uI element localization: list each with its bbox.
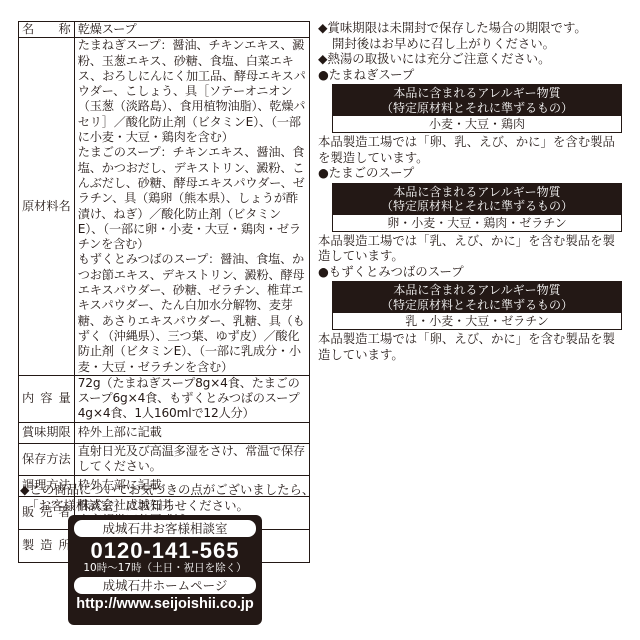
label-storage: 保存方法	[19, 443, 75, 475]
section-title: ●たまねぎスープ	[318, 67, 626, 83]
notes-and-allergens: ◆賞味期限は未開封で保存した場合の期限です。 開封後はお早めに召し上がりください…	[318, 20, 626, 362]
value-expiry: 枠外上部に記載	[74, 422, 309, 443]
business-hours: 10時～17時（土日・祝日を除く）	[68, 562, 262, 574]
after-opening-note: 開封後はお早めに召し上がりください。	[318, 36, 626, 52]
allergen-list: 卵・小麦・大豆・鶏肉・ゼラチン	[333, 215, 621, 231]
allergen-box: 本品に含まれるアレルギー物質 （特定原材料とそれに準ずるもの） 乳・小麦・大豆・…	[332, 281, 622, 330]
label-ingredients: 原材料名	[19, 38, 75, 376]
row-name: 名 称 乾燥スープ	[19, 22, 310, 38]
row-expiry: 賞味期限 枠外上部に記載	[19, 422, 310, 443]
allergen-header: 本品に含まれるアレルギー物質 （特定原材料とそれに準ずるもの）	[333, 85, 621, 116]
allergen-box: 本品に含まれるアレルギー物質 （特定原材料とそれに準ずるもの） 卵・小麦・大豆・…	[332, 183, 622, 232]
label-name: 名 称	[19, 22, 75, 38]
section-title: ●もずくとみつばのスープ	[318, 264, 626, 280]
factory-note: 本品製造工場では「卵、乳、えび、かに」を含む製品を製造しています。	[318, 134, 626, 165]
homepage-url-link[interactable]: http://www.seijoishii.co.jp	[68, 595, 262, 613]
row-ingredients: 原材料名 たまねぎスープ：醤油、チキンエキス、澱粉、玉葱エキス、砂糖、食塩、白菜…	[19, 38, 310, 376]
label-expiry: 賞味期限	[19, 422, 75, 443]
factory-note: 本品製造工場では「乳、えび、かに」を含む製品を製造しています。	[318, 233, 626, 264]
phone-number[interactable]: 0120-141-565	[68, 540, 262, 562]
homepage-label: 成城石井ホームページ	[74, 577, 256, 594]
value-storage: 直射日光及び高温多湿をさけ、常温で保存してください。	[74, 443, 309, 475]
allergen-header: 本品に含まれるアレルギー物質 （特定原材料とそれに準ずるもの）	[333, 282, 621, 313]
allergen-section-onion: ●たまねぎスープ 本品に含まれるアレルギー物質 （特定原材料とそれに準ずるもの）…	[318, 67, 626, 166]
allergen-list: 乳・小麦・大豆・ゼラチン	[333, 313, 621, 329]
allergen-header: 本品に含まれるアレルギー物質 （特定原材料とそれに準ずるもの）	[333, 184, 621, 215]
inquiry-note: ◆この商品についてお気づきの点がございましたら、 「お客様相談室」にお知らせくだ…	[20, 482, 314, 513]
section-title: ●たまごのスープ	[318, 165, 626, 181]
value-name: 乾燥スープ	[74, 22, 309, 38]
allergen-section-egg: ●たまごのスープ 本品に含まれるアレルギー物質 （特定原材料とそれに準ずるもの）…	[318, 165, 626, 264]
hot-water-note: ◆熱湯の取扱いには充分ご注意ください。	[318, 51, 626, 67]
label-volume: 内 容 量	[19, 375, 75, 422]
row-volume: 内 容 量 72g（たまねぎスープ8g×4食、たまごのスープ6g×4食、もずくと…	[19, 375, 310, 422]
allergen-box: 本品に含まれるアレルギー物質 （特定原材料とそれに準ずるもの） 小麦・大豆・鶏肉	[332, 84, 622, 133]
row-storage: 保存方法 直射日光及び高温多湿をさけ、常温で保存してください。	[19, 443, 310, 475]
contact-title: 成城石井お客様相談室	[74, 520, 256, 537]
customer-contact-box: 成城石井お客様相談室 0120-141-565 10時～17時（土日・祝日を除く…	[68, 515, 262, 625]
label-manufacturer: 製 造 所	[19, 529, 75, 562]
allergen-section-mozuku: ●もずくとみつばのスープ 本品に含まれるアレルギー物質 （特定原材料とそれに準ず…	[318, 264, 626, 363]
value-volume: 72g（たまねぎスープ8g×4食、たまごのスープ6g×4食、もずくとみつばのスー…	[74, 375, 309, 422]
expiry-note: ◆賞味期限は未開封で保存した場合の期限です。	[318, 20, 626, 36]
value-ingredients: たまねぎスープ：醤油、チキンエキス、澱粉、玉葱エキス、砂糖、食塩、白菜エキス、お…	[74, 38, 309, 376]
factory-note: 本品製造工場では「卵、えび、かに」を含む製品を製造しています。	[318, 331, 626, 362]
allergen-list: 小麦・大豆・鶏肉	[333, 116, 621, 132]
